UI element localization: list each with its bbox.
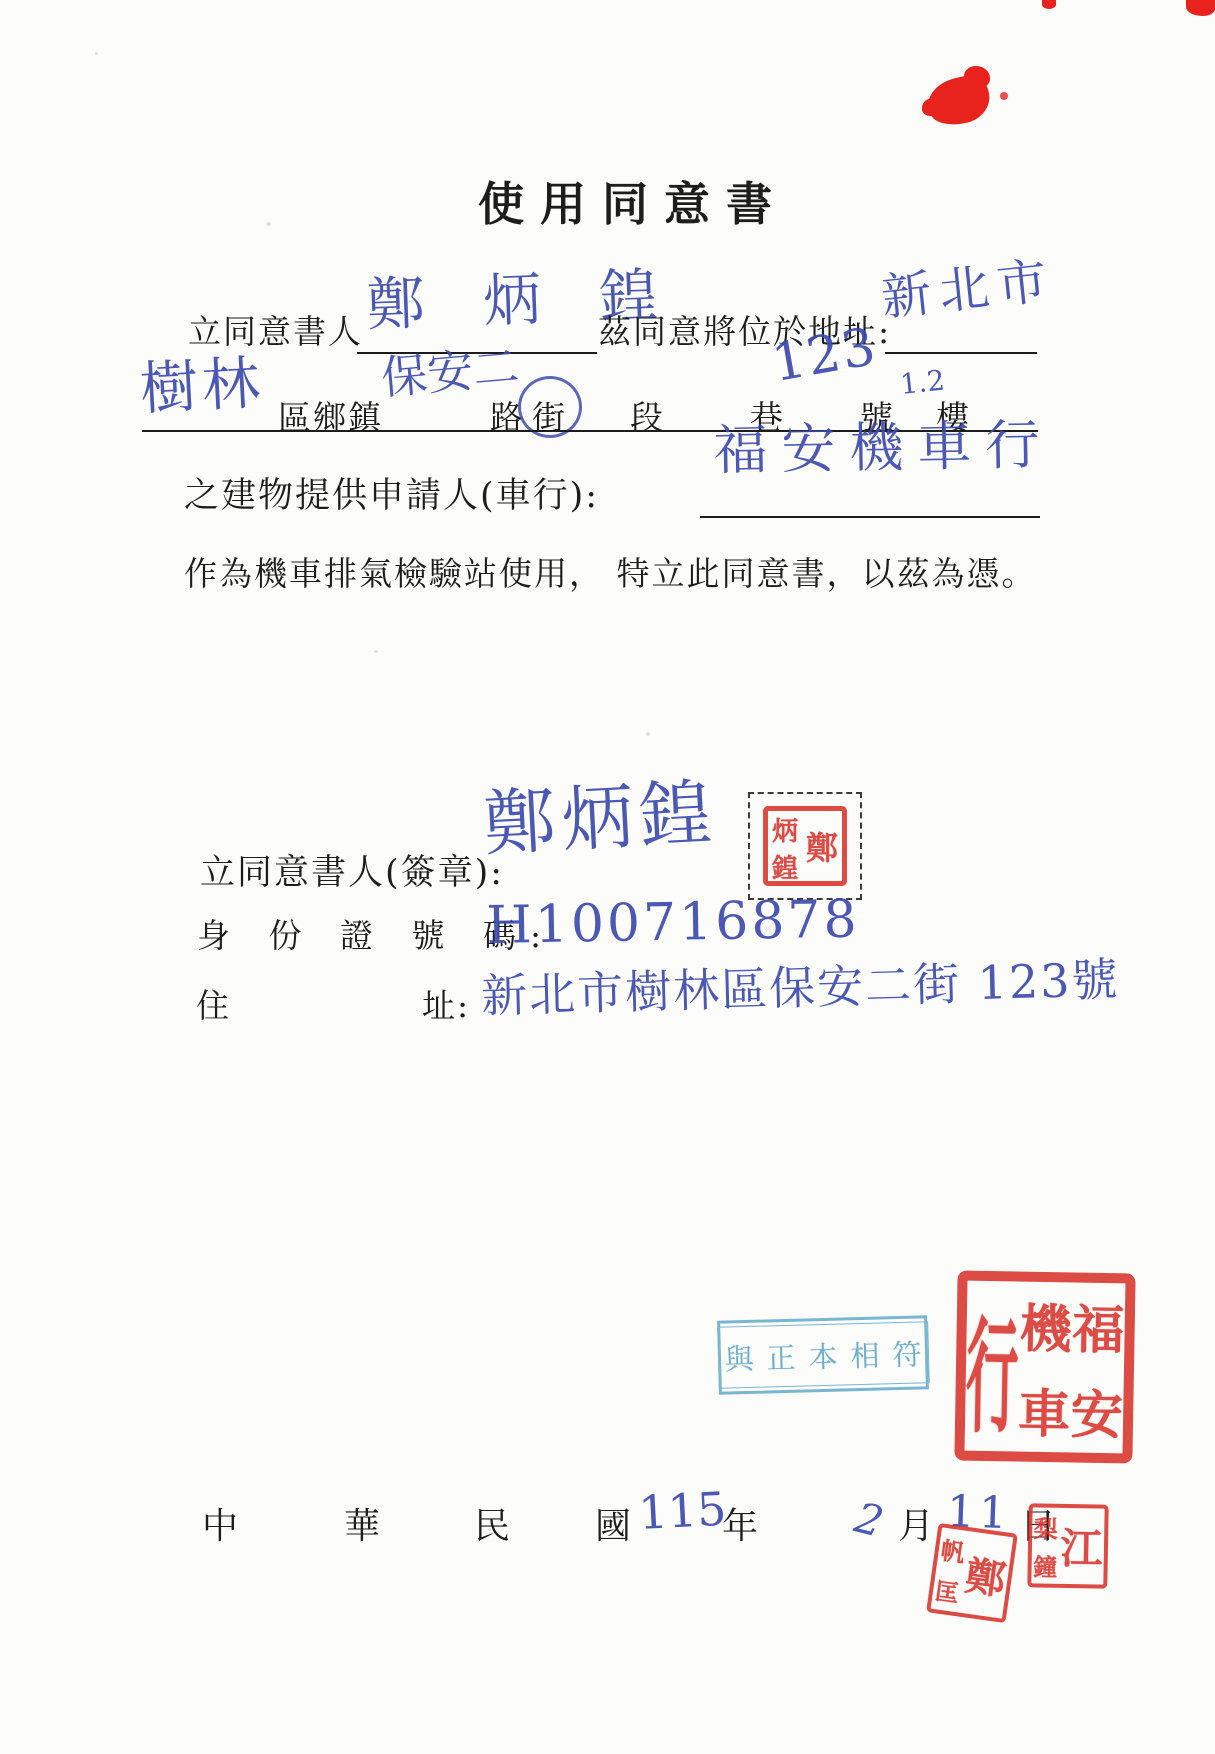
name-seal-right-col: 鄭 <box>806 811 838 881</box>
company-seal-col-middle: 機 車 <box>1017 1282 1072 1453</box>
company-seal-col-left: 行 <box>965 1281 1020 1452</box>
handwriting-signature: 鄭炳鍠 <box>481 754 720 870</box>
company-seal-stamp: 福 安 機 車 行 <box>954 1270 1135 1463</box>
small-seal-jiang: 江 梨 鐘 <box>1027 1503 1108 1588</box>
handwriting-city: 新北市 <box>877 240 1058 330</box>
handwriting-district: 樹林 <box>138 336 266 426</box>
handwriting-applicant-shop: 福安機車行 <box>713 402 1054 485</box>
small-seal-char: 梨 <box>1034 1509 1059 1544</box>
small-seal-left-col: 梨 鐘 <box>1033 1507 1058 1583</box>
handwriting-year: 115 <box>637 1481 728 1540</box>
small-seal-char: 江 <box>1060 1516 1103 1577</box>
small-seal-char: 匡 <box>933 1571 962 1609</box>
signature-label: 立同意書人(簽章): <box>200 845 504 895</box>
red-ink-top-edge-dot <box>1042 0 1056 9</box>
company-seal-char: 行 <box>965 1276 1020 1457</box>
blank-underline-city <box>885 352 1037 354</box>
small-seal-zheng: 鄭 帆 匡 <box>926 1523 1018 1623</box>
red-ink-blob-lump <box>964 66 990 88</box>
name-seal-char: 鄭 <box>806 823 838 869</box>
scan-speck <box>95 52 98 55</box>
line3-label: 之建物提供申請人(車行): <box>184 468 599 518</box>
small-seal-right-col: 鄭 <box>960 1532 1011 1619</box>
small-seal-char: 鐘 <box>1033 1547 1058 1582</box>
scan-speck <box>374 650 378 653</box>
date-char-2: 華 <box>344 1498 382 1549</box>
scan-speck <box>266 222 271 226</box>
copy-certification-stamp: 與正本相符 <box>717 1315 929 1394</box>
date-char-3: 民 <box>474 1498 512 1549</box>
scanned-consent-form: 使用同意書 立同意書人 鄭 炳 鍠 茲同意將位於地址: 新北市 樹林 區鄉鎮 保… <box>0 0 1215 1754</box>
company-seal-char: 車 <box>1018 1372 1071 1448</box>
handwriting-id-number: H100716878 <box>486 889 860 956</box>
handwriting-residence-address: 新北市樹林區保安二街 123號 <box>480 943 1120 1026</box>
date-char-1: 中 <box>202 1498 240 1549</box>
company-seal-char: 機 <box>1019 1287 1072 1363</box>
line3-underline <box>700 516 1040 518</box>
scan-speck <box>646 732 650 736</box>
handwriting-month: 2 <box>845 1494 893 1545</box>
small-seal-char: 帆 <box>939 1531 968 1569</box>
red-ink-corner-mark <box>1186 0 1215 16</box>
company-seal-col-right: 福 安 <box>1070 1282 1125 1453</box>
red-ink-dot <box>1000 92 1008 100</box>
company-seal-char: 福 <box>1072 1287 1125 1363</box>
date-char-4: 國 <box>595 1498 633 1549</box>
company-seal-char: 安 <box>1070 1372 1123 1448</box>
copy-certification-stamp-text: 與正本相符 <box>717 1321 930 1389</box>
residence-label-right: 址: <box>422 980 470 1027</box>
residence-label-left: 住 <box>196 980 231 1027</box>
name-seal-left-col: 炳 鍠 <box>772 811 798 881</box>
page-title: 使用同意書 <box>478 168 788 234</box>
year-label: 年 <box>722 1498 760 1549</box>
small-seal-char: 鄭 <box>962 1544 1010 1606</box>
name-seal-char: 炳 <box>772 811 798 848</box>
street-circle-mark <box>518 376 582 438</box>
line4-text: 作為機車排氣檢驗站使用， 特立此同意書，以茲為憑。 <box>184 548 1037 595</box>
month-label: 月 <box>898 1498 936 1549</box>
name-seal-stamp: 鄭 炳 鍠 <box>763 806 847 886</box>
small-seal-right-col: 江 <box>1060 1508 1103 1585</box>
name-seal-char: 鍠 <box>772 848 798 885</box>
